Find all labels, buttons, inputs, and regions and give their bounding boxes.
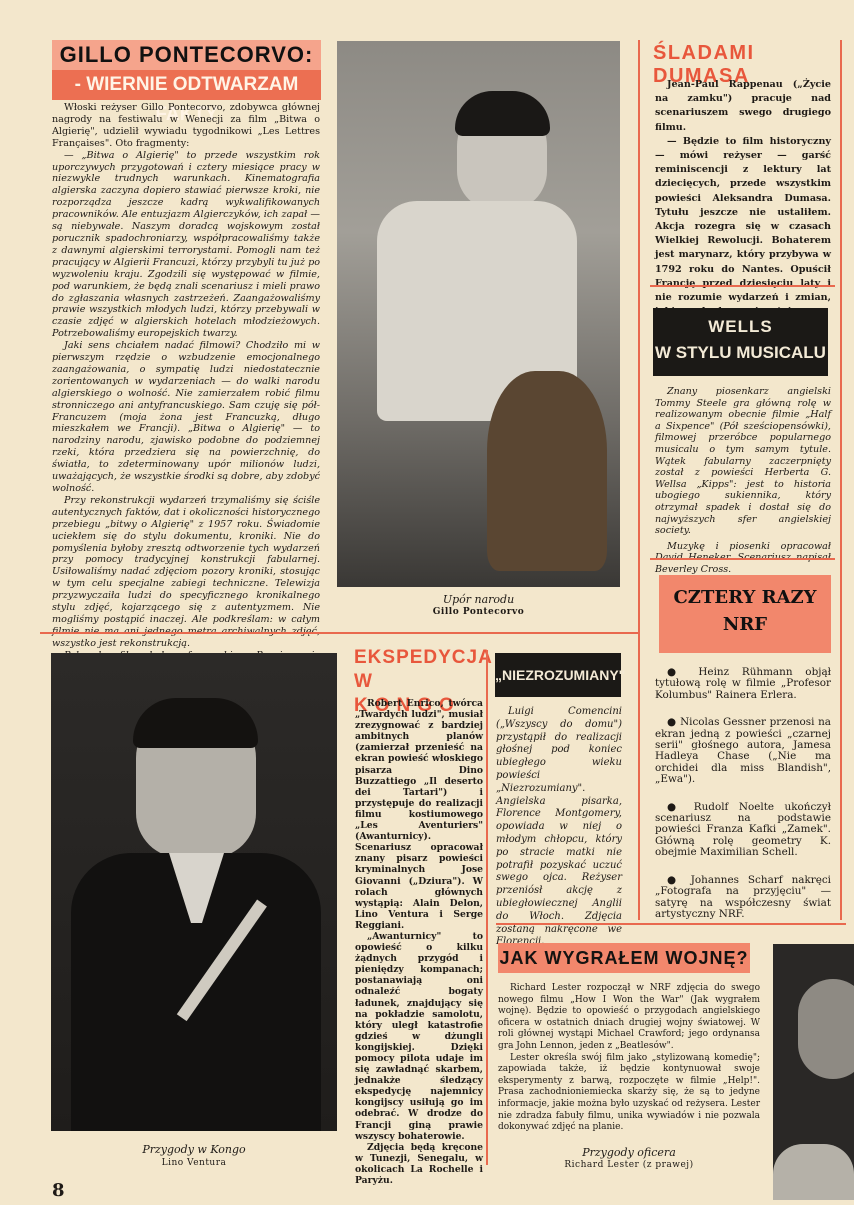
ventura-photo	[51, 653, 337, 1131]
pontecorvo-paragraph: Przy rekonstrukcji wydarzeń trzymaliśmy …	[52, 495, 320, 650]
pontecorvo-intro: Włoski reżyser Gillo Pontecorvo, zdobywc…	[52, 102, 320, 150]
nrf-item: ● Johannes Scharf nakręci „Fotografa na …	[655, 875, 831, 921]
wojna-paragraph: Lester określa swój film jako „stylizowa…	[498, 1053, 760, 1134]
pontecorvo-article-body: Włoski reżyser Gillo Pontecorvo, zdobywc…	[52, 102, 320, 697]
divider-vertical-right	[638, 40, 640, 920]
nrf-item: ● Nicolas Gessner przenosi na ekran jedn…	[655, 717, 831, 785]
nrf-items-list: ● Heinz Rühmann objął tytułową rolę w fi…	[655, 667, 831, 920]
pontecorvo-caption-name: Gillo Pontecorvo	[337, 607, 620, 617]
wojna-headline-box: JAK WYGRAŁEM WOJNĘ?	[498, 943, 750, 973]
lester-photo	[773, 944, 854, 1200]
wells-title-line2: W STYLU MUSICALU	[653, 343, 828, 363]
wells-article-body: Znany piosenkarz angielski Tommy Steele …	[655, 386, 831, 576]
nrf-headline-box: CZTERY RAZY NRF	[659, 575, 831, 653]
dumasa-article-body: Jean-Paul Rappenau („Życie na zamku") pr…	[655, 78, 831, 319]
wojna-caption-title: Przygody oficera	[498, 1146, 760, 1159]
wojna-caption-name: Richard Lester (z prawej)	[498, 1160, 760, 1170]
kongo-divider-vertical	[486, 650, 488, 1165]
nrf-item: ● Heinz Rühmann objął tytułową rolę w fi…	[655, 667, 831, 701]
niezrozumiany-headline-box: „NIEZROZUMIANY"	[495, 653, 621, 697]
niezrozumiany-paragraph: Luigi Comencini („Wszyscy do domu") przy…	[496, 706, 622, 949]
dumasa-paragraph: Jean-Paul Rappenau („Życie na zamku") pr…	[655, 78, 831, 135]
bullet-icon: ●	[667, 874, 691, 886]
pontecorvo-paragraph: Jaki sens chciałem nadać filmowi? Chodzi…	[52, 340, 320, 495]
kongo-paragraph: Robert Enrico, twórca „Twardych ludzi", …	[355, 698, 483, 931]
nrf-title-line2: NRF	[659, 614, 831, 635]
divider-vertical-edge	[840, 40, 842, 920]
wells-divider	[650, 558, 835, 560]
nrf-item: ● Rudolf Noelte ukończył scenariusz na p…	[655, 802, 831, 859]
pontecorvo-title-line1: GILLO PONTECORVO:	[52, 40, 321, 70]
bullet-icon: ●	[667, 801, 694, 813]
nrf-title-line1: CZTERY RAZY	[659, 587, 831, 608]
pontecorvo-paragraph: — „Bitwa o Algierię" to przede wszystkim…	[52, 150, 320, 341]
pontecorvo-photo	[337, 41, 620, 587]
ventura-caption-title: Przygody w Kongo	[51, 1143, 337, 1156]
kongo-title-line1: EKSPEDYCJA	[354, 646, 484, 670]
wells-title-line1: WELLS	[653, 317, 828, 337]
wells-headline-box: WELLS W STYLU MUSICALU	[653, 308, 828, 376]
kongo-article-body: Robert Enrico, twórca „Twardych ludzi", …	[355, 698, 483, 1186]
divider-horizontal-mid	[40, 632, 640, 634]
pontecorvo-title-line2: - WIERNIE ODTWARZAM FAKTY	[52, 70, 321, 100]
wojna-article-body: Richard Lester rozpoczął w NRF zdjęcia d…	[498, 983, 760, 1134]
pontecorvo-caption-title: Upór narodu	[337, 593, 620, 606]
kongo-paragraph: „Awanturnicy" to opowieść o kilku żądnyc…	[355, 931, 483, 1142]
pontecorvo-headline-box: GILLO PONTECORVO: - WIERNIE ODTWARZAM FA…	[52, 40, 321, 100]
kongo-paragraph: Zdjęcia będą kręcone w Tunezji, Senegalu…	[355, 1142, 483, 1186]
bullet-icon: ●	[667, 666, 698, 678]
dumasa-divider	[650, 285, 835, 287]
ventura-caption-name: Lino Ventura	[51, 1158, 337, 1168]
niezrozumiany-divider	[496, 923, 846, 925]
niezrozumiany-article-body: Luigi Comencini („Wszyscy do domu") przy…	[496, 706, 622, 949]
bullet-icon: ●	[667, 716, 680, 728]
wojna-paragraph: Richard Lester rozpoczął w NRF zdjęcia d…	[498, 983, 760, 1053]
wells-paragraph: Znany piosenkarz angielski Tommy Steele …	[655, 386, 831, 537]
dumasa-paragraph: — Będzie to film historyczny — mówi reży…	[655, 135, 831, 320]
page-number: 8	[52, 1180, 65, 1201]
